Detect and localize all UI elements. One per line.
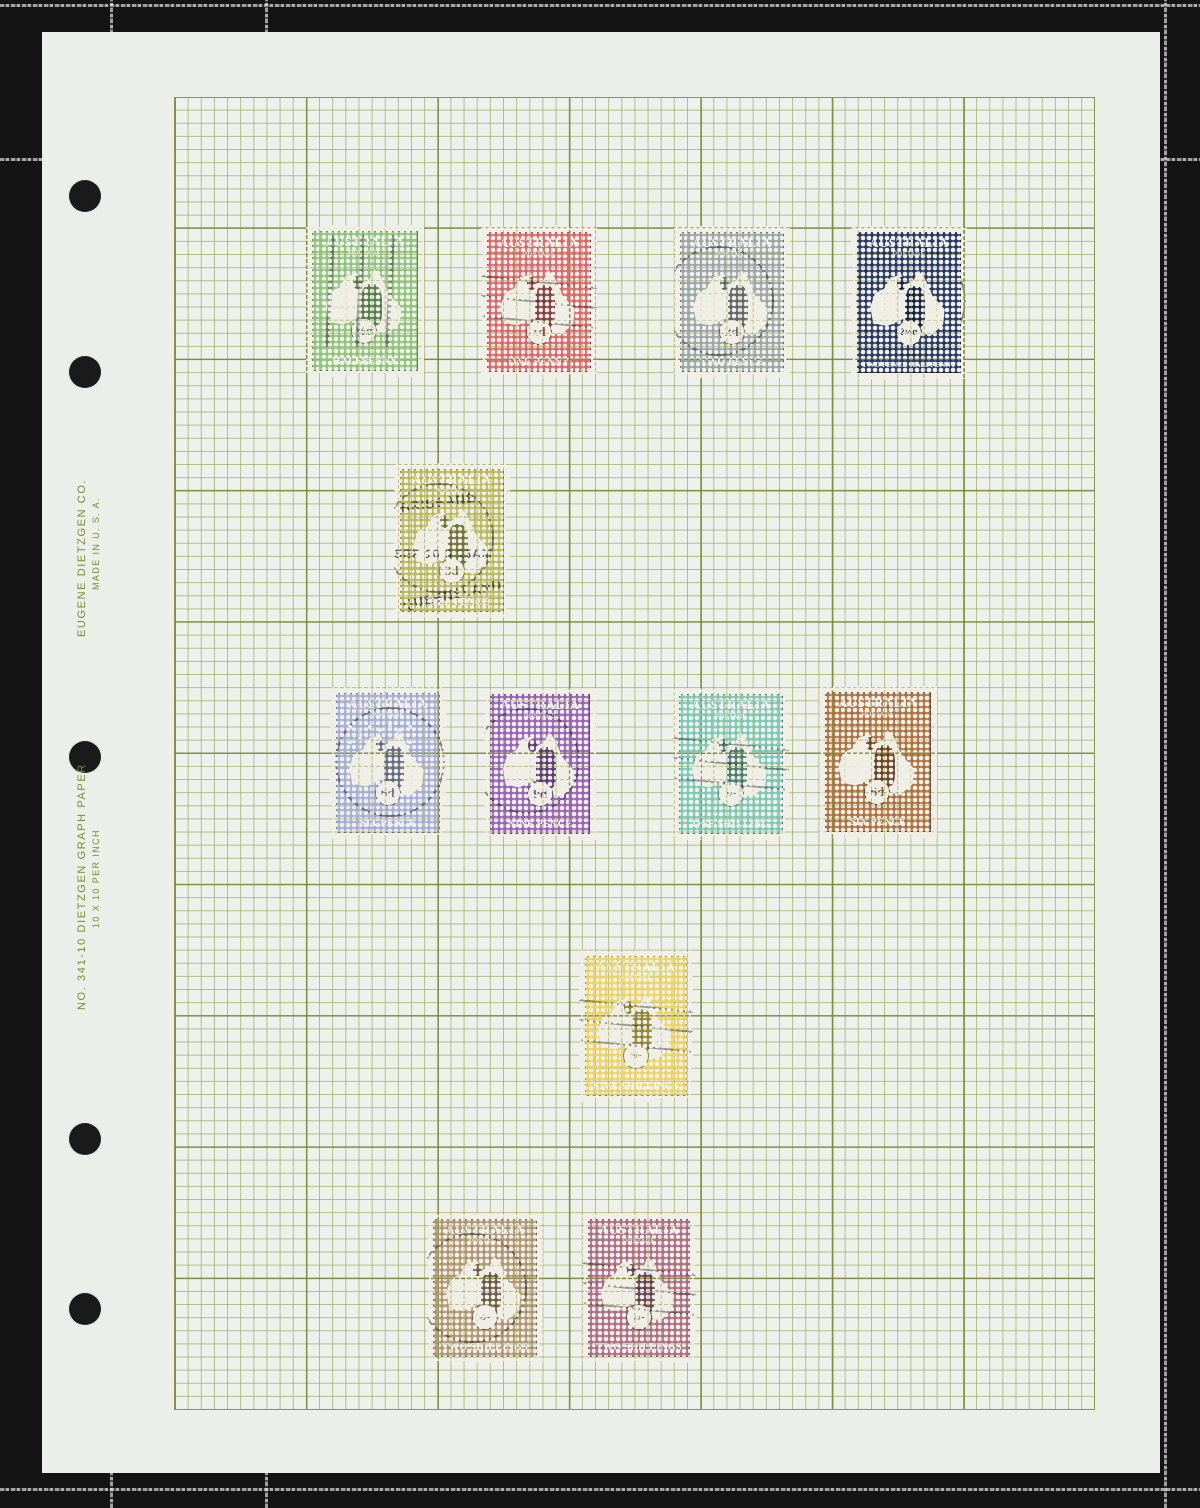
- stamp-denomination: HALFPENNY: [313, 356, 417, 367]
- stamp-postage-label: POSTAGE: [862, 712, 894, 718]
- stamp-country: AUSTRALIA: [412, 473, 491, 488]
- perfin-hole: [388, 740, 392, 744]
- stamp: AUSTRALIAPOSTAGE3dTHREE PENCEBRISBANESEP…: [394, 463, 510, 618]
- stamp-country: AUSTRALIA: [500, 698, 579, 713]
- stamp-design: AUSTRALIAPOSTAGE2dTWO PENCE: [680, 232, 784, 372]
- stamp-value: 6d: [375, 780, 401, 806]
- manufacturer-text: EUGENE DIETZGEN CO.: [76, 479, 88, 637]
- stamp-country: AUSTRALIA: [445, 1223, 524, 1238]
- stamp-country: AUSTRALIA: [691, 698, 770, 713]
- binder-hole-icon: [68, 1122, 102, 1156]
- stamp-country: AUSTRALIA: [348, 697, 427, 712]
- stamp-design: AUSTRALIAPOSTAGE1dONE PENNY: [487, 232, 591, 372]
- stamp-country: AUSTRALIA: [596, 960, 675, 975]
- perfin-hole: [368, 725, 372, 729]
- stamp-denomination: FIVE SHILLINGS: [586, 1081, 686, 1092]
- perfin-hole: [348, 725, 352, 729]
- perfin-hole: [408, 740, 412, 744]
- kangaroo-head-icon: [527, 277, 536, 289]
- stamp-design: AUSTRALIAPOSTAGE5/-FIVE SHILLINGS: [585, 956, 687, 1096]
- stamp-postage-label: POSTAGE: [716, 252, 748, 258]
- stamp-value: 1/-: [718, 781, 744, 807]
- stamp-country: AUSTRALIA: [499, 236, 578, 251]
- stamp-value: 2/-: [626, 1304, 652, 1330]
- stamp: AUSTRALIAPOSTAGE1dONE PENNY: [481, 226, 597, 378]
- perfin-hole: [348, 740, 352, 744]
- stamp-value: 9d: [527, 781, 553, 807]
- stamp-country: AUSTRALIA: [325, 235, 404, 250]
- stamp-country: AUSTRALIA: [692, 236, 771, 251]
- stamp-denomination: TWO PENCE HALFPENNY: [858, 360, 960, 369]
- stamp-denomination: ONE SHILLING: [680, 819, 782, 830]
- kangaroo-head-icon: [473, 1264, 482, 1276]
- background-seam: [0, 1488, 1200, 1491]
- stamp-design: AUSTRALIAPOSTAGE2½dTWO PENCE HALFPENNY: [857, 232, 961, 373]
- stamp-value: ½d: [351, 318, 377, 344]
- stamp-denomination: TWO PENCE: [681, 357, 783, 368]
- stamp-postage-label: POSTAGE: [372, 713, 404, 719]
- stamp-denomination: SIX PENCE: [337, 818, 439, 829]
- stamp-design: AUSTRALIAPOSTAGE9dNINE PENCE: [490, 694, 590, 834]
- kangaroo-head-icon: [627, 1264, 636, 1276]
- kangaroo-head-icon: [528, 739, 537, 751]
- stamp-value: 1d: [526, 319, 552, 345]
- kangaroo-head-icon: [866, 737, 875, 749]
- origin-text: MADE IN U. S. A.: [91, 497, 101, 590]
- kangaroo-head-icon: [720, 277, 729, 289]
- perfin-hole: [358, 728, 362, 732]
- stamp-denomination: NINE PENCE: [491, 819, 589, 830]
- kangaroo-head-icon: [624, 1001, 633, 1013]
- stamp-value: 2½d: [896, 320, 922, 346]
- stamp-postage-label: POSTAGE: [523, 252, 555, 258]
- product-text: NO. 341-10 DIETZGEN GRAPH PAPER: [76, 763, 88, 1010]
- stamp-postage-label: POSTAGE: [893, 252, 925, 258]
- stamp-design: AUSTRALIAPOSTAGE6dSIX PENCE: [825, 692, 931, 832]
- stamp-postage-label: POSTAGE: [715, 714, 747, 720]
- stamp-denomination: TWO SHILLINGS: [434, 1342, 536, 1353]
- background-seam: [1164, 0, 1167, 1508]
- kangaroo-head-icon: [897, 277, 906, 290]
- binder-hole-icon: [68, 355, 102, 389]
- perfin-hole: [378, 737, 382, 741]
- stamp-design: AUSTRALIAPOSTAGE2/-TWO SHILLINGS: [588, 1219, 690, 1357]
- binder-hole-icon: [68, 179, 102, 213]
- stamp-denomination: ONE PENNY: [488, 357, 590, 368]
- stamp-design: AUSTRALIAPOSTAGE2/-TWO SHILLINGS: [433, 1219, 537, 1357]
- kangaroo-head-icon: [440, 515, 449, 528]
- stamp: AUSTRALIAPOSTAGE2dTWO PENCE: [674, 226, 790, 378]
- stamp-value: 2d: [719, 319, 745, 345]
- stamp-country: AUSTRALIA: [599, 1223, 678, 1238]
- stamp-value: 2/-: [472, 1304, 498, 1330]
- perfin-hole: [378, 728, 382, 732]
- stamp-denomination: TWO SHILLINGS: [589, 1342, 689, 1353]
- stamp: AUSTRALIAPOSTAGE2/-TWO SHILLINGS: [582, 1213, 696, 1363]
- stamp-design: AUSTRALIAPOSTAGE1/-ONE SHILLING: [679, 694, 783, 834]
- perfin-hole: [398, 728, 402, 732]
- perfin-hole: [388, 725, 392, 729]
- stamp: AUSTRALIAPOSTAGE1/-ONE SHILLING: [673, 688, 789, 840]
- stamp-value: 5/-: [623, 1043, 649, 1069]
- stamp-postage-label: POSTAGE: [620, 976, 652, 982]
- stamp-value: 6d: [864, 779, 890, 805]
- perfin-hole: [408, 725, 412, 729]
- stamp: AUSTRALIAPOSTAGE2/-TWO SHILLINGS: [427, 1213, 543, 1363]
- stamp-design: AUSTRALIAPOSTAGE½dHALFPENNY: [312, 231, 418, 371]
- stamp-country: AUSTRALIA: [869, 236, 948, 251]
- ruling-text: 10 X 10 PER INCH: [91, 829, 101, 928]
- stamp-postage-label: POSTAGE: [469, 1239, 501, 1245]
- stamp-postage-label: POSTAGE: [524, 714, 556, 720]
- perfin-hole: [368, 740, 372, 744]
- stamp: AUSTRALIAPOSTAGE5/-FIVE SHILLINGS: [579, 950, 693, 1102]
- stamp: AUSTRALIAPOSTAGE½dHALFPENNY: [306, 225, 424, 377]
- kangaroo-head-icon: [353, 276, 362, 288]
- stamp: AUSTRALIAPOSTAGE6dSIX PENCE: [330, 687, 446, 839]
- stamp: AUSTRALIAPOSTAGE2½dTWO PENCE HALFPENNY: [851, 226, 967, 379]
- perfin-hole: [398, 737, 402, 741]
- stamp-postage-label: POSTAGE: [623, 1239, 655, 1245]
- stamp-postage-label: POSTAGE: [349, 251, 381, 257]
- stamp-design: AUSTRALIAPOSTAGE6dSIX PENCE: [336, 693, 440, 833]
- kangaroo-head-icon: [719, 739, 728, 751]
- stamp-value: 3d: [439, 558, 465, 584]
- binder-hole-icon: [68, 1292, 102, 1326]
- stamp: AUSTRALIAPOSTAGE6dSIX PENCE: [819, 686, 937, 838]
- background-seam: [0, 4, 1200, 7]
- stamp-country: AUSTRALIA: [838, 696, 917, 711]
- postmark-text: SEP 16 5 15AM: [394, 547, 493, 561]
- perfin-hole: [358, 737, 362, 741]
- stamp-denomination: SIX PENCE: [826, 817, 930, 828]
- stamp: AUSTRALIAPOSTAGE9dNINE PENCE: [484, 688, 596, 840]
